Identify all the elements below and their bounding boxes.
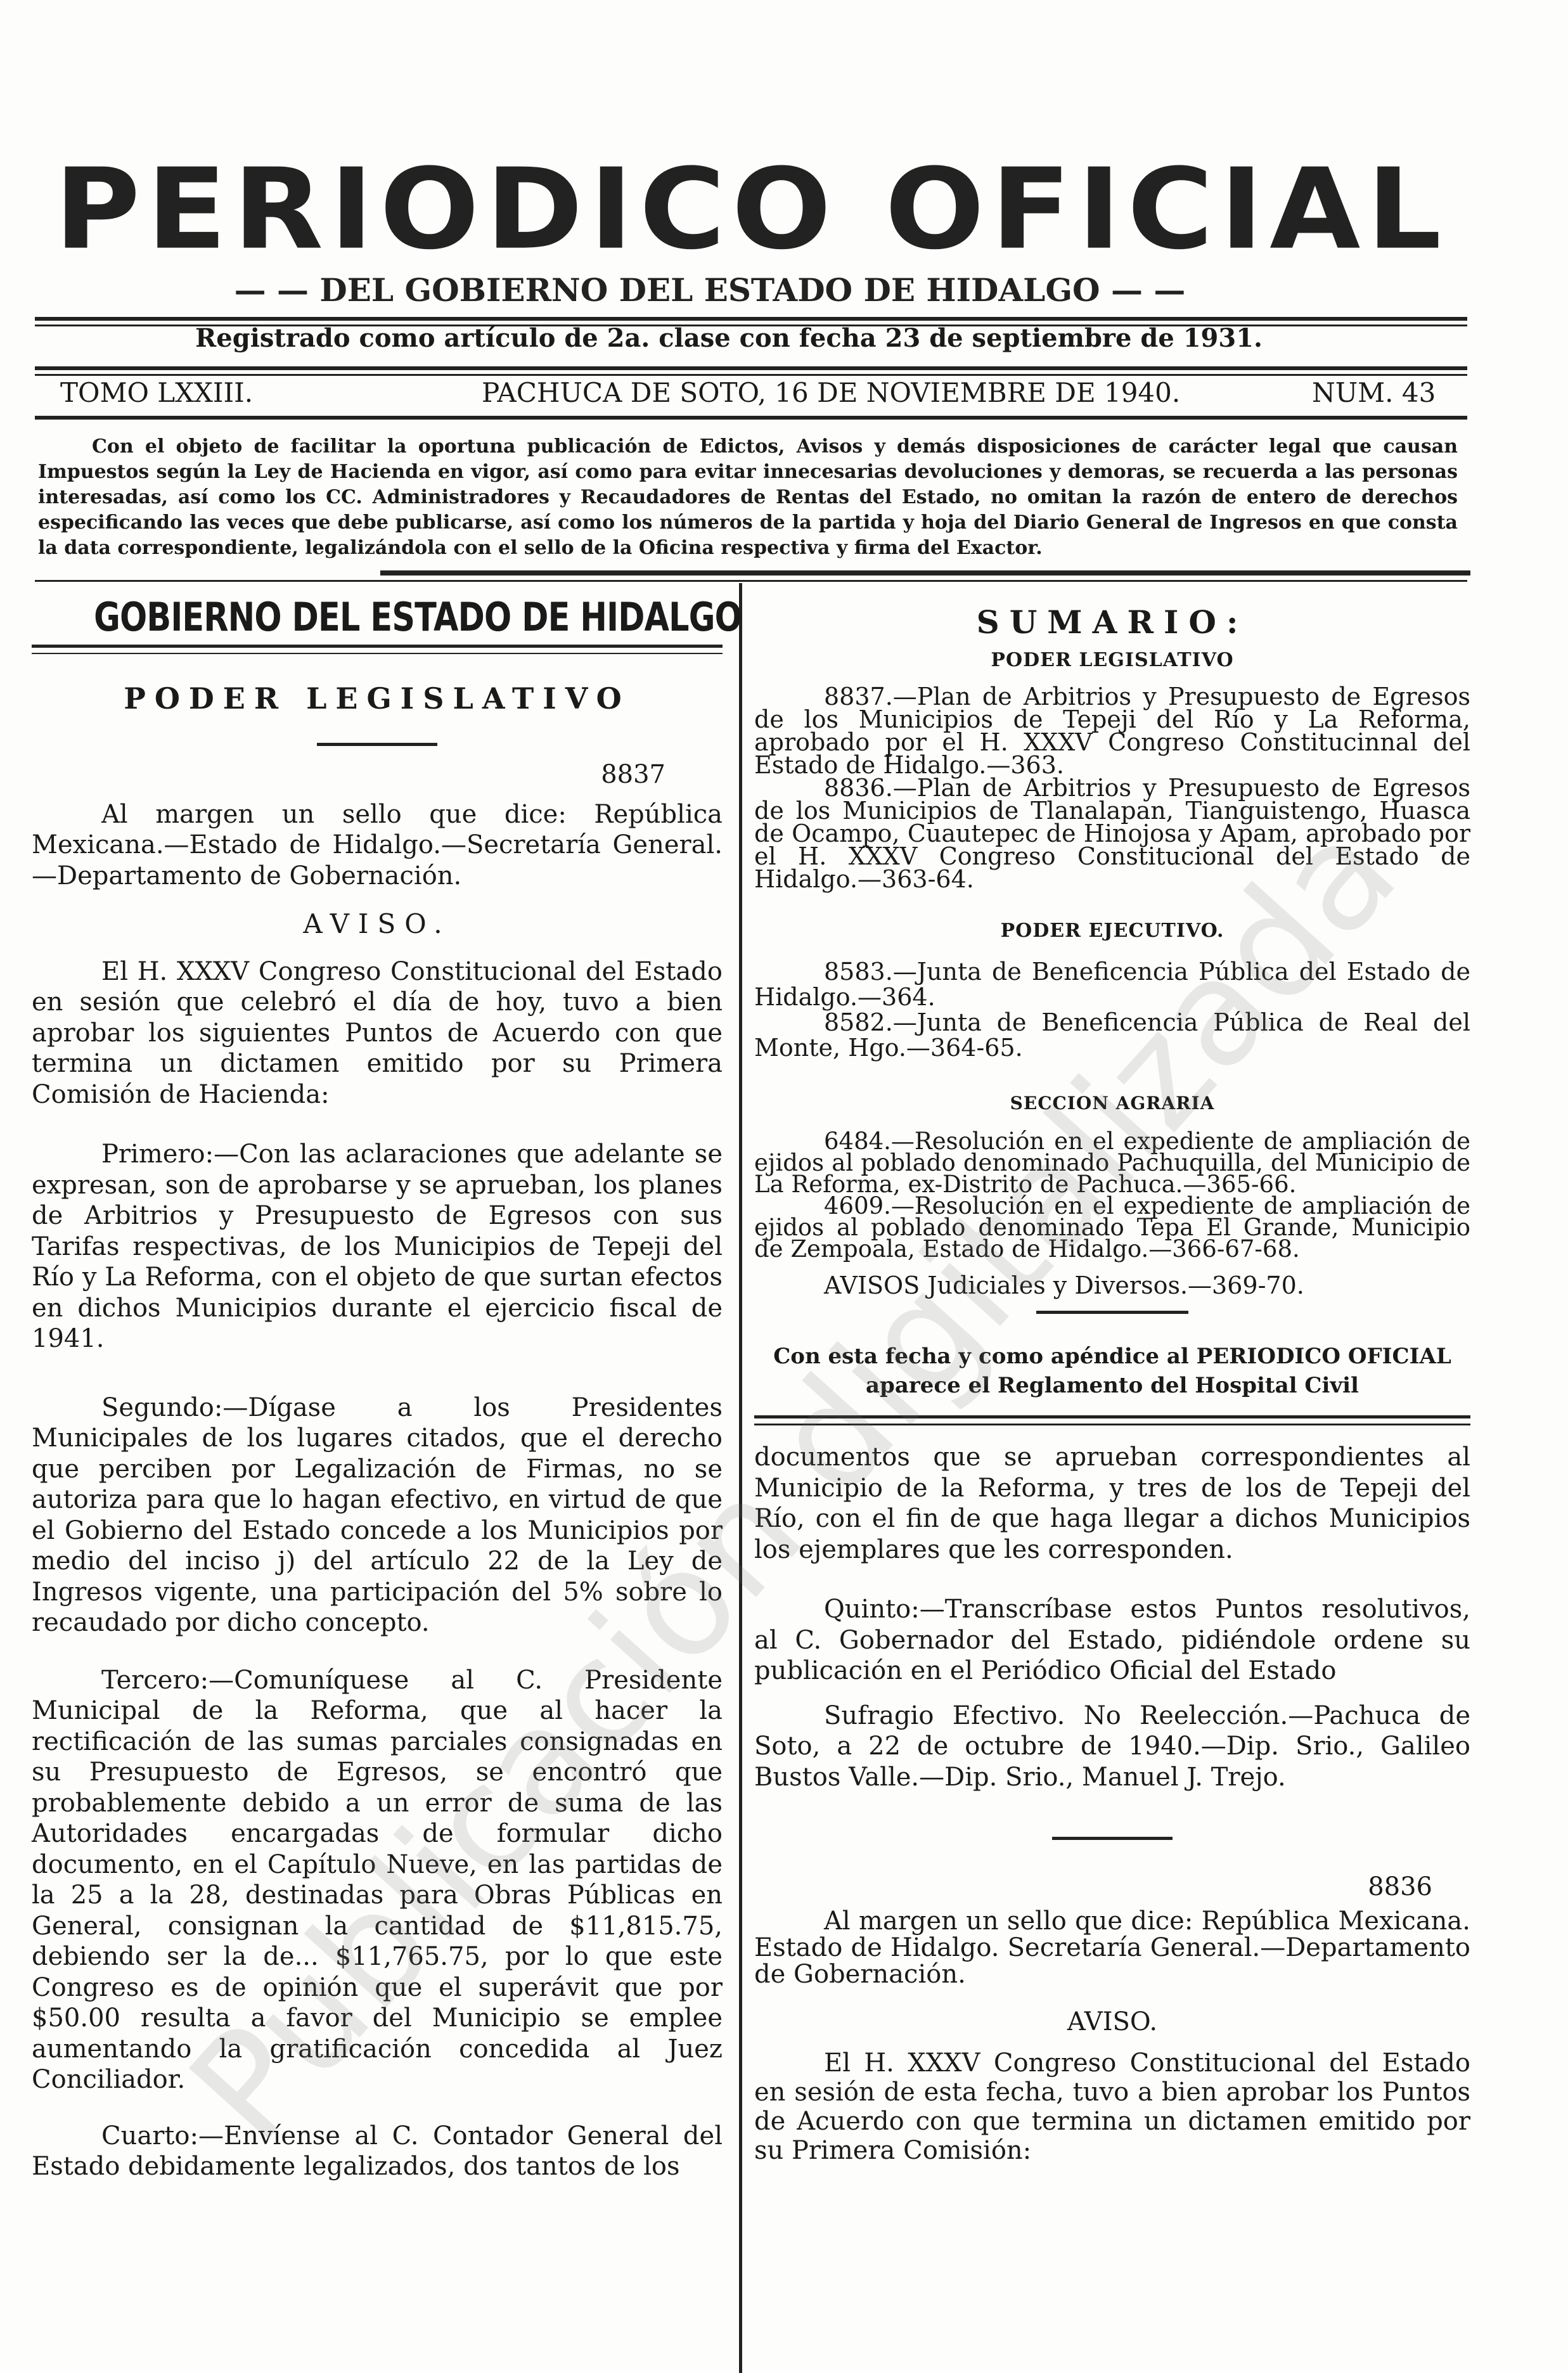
segundo-paragraph: Segundo:—Dígase a los Presidentes Munici… [32,1392,723,1638]
dateline: PACHUCA DE SOTO, 16 DE NOVIEMBRE DE 1940… [482,377,1180,408]
sumario-item: 8582.—Junta de Beneficencia Pública de R… [754,1010,1470,1060]
sumario-item: 8837.—Plan de Arbitrios y Presupuesto de… [754,685,1470,776]
divider-rule [35,580,1467,582]
quinto-paragraph: Quinto:—Transcríbase estos Puntos resolu… [754,1594,1470,1687]
sumario-item: 8583.—Junta de Beneficencia Pública del … [754,959,1470,1010]
left-column: GOBIERNO DEL ESTADO DE HIDALGO PODER LEG… [32,602,723,2182]
right-column: SUMARIO: PODER LEGISLATIVO 8837.—Plan de… [754,602,1470,2165]
sumario-section-heading: PODER EJECUTIVO. [754,916,1470,947]
seal-paragraph: Al margen un sello que dice: República M… [32,799,723,892]
sumario-section-heading: SECCION AGRARIA [754,1088,1470,1119]
newspaper-page: PERIODICO OFICIAL — — DEL GOBIERNO DEL E… [0,0,1568,2373]
document-number: 8837 [32,759,723,790]
masthead-subtitle: — — DEL GOBIERNO DEL ESTADO DE HIDALGO —… [215,271,1204,309]
short-rule [1036,1311,1188,1314]
sumario-title: SUMARIO: [754,602,1470,643]
sumario-item: 6484.—Resolución en el expediente de amp… [754,1131,1470,1195]
short-rule [1052,1837,1173,1840]
divider-rule [35,366,1467,370]
appendix-notice-line2: aparece el Reglamento del Hospital Civil [754,1371,1470,1400]
legal-notice: Con el objeto de facilitar la oportuna p… [38,434,1458,561]
column-divider [739,583,742,2373]
document-number-2: 8836 [754,1872,1470,1903]
divider-rule [35,374,1467,376]
avisos-line: AVISOS Judiciales y Diversos.—369-70. [754,1270,1470,1301]
intro-paragraph: El H. XXXV Congreso Constitucional del E… [32,956,723,1110]
divider-rule [35,317,1467,321]
appendix-notice-line1: Con esta fecha y como apéndice al PERIOD… [754,1342,1470,1371]
registration-line: Registrado como artículo de 2a. clase co… [190,323,1268,353]
short-rule [317,743,437,746]
divider-rule [35,416,1467,420]
seal-paragraph-2: Al margen un sello que dice: República M… [754,1908,1470,1988]
volume-label: TOMO LXXIII. [60,377,253,408]
title-rule [32,645,723,654]
government-title: GOBIERNO DEL ESTADO DE HIDALGO [94,602,660,633]
section-rule [754,1415,1470,1425]
divider-rule [380,570,1470,576]
aviso-heading: AVISO. [32,909,723,940]
cuarto-paragraph: Cuarto:—Envíense al C. Contador General … [32,2121,723,2182]
sumario-section-heading: PODER LEGISLATIVO [754,645,1470,676]
signature-paragraph: Sufragio Efectivo. No Reelección.—Pachuc… [754,1701,1470,1793]
tercero-paragraph: Tercero:—Comuníquese al C. Presidente Mu… [32,1665,723,2095]
intro-paragraph-2: El H. XXXV Congreso Constitucional del E… [754,2048,1470,2165]
issue-number: NUM. 43 [1312,377,1436,408]
section-heading: PODER LEGISLATIVO [32,679,723,717]
sumario-item: 4609.—Resolución en el expediente de amp… [754,1195,1470,1260]
primero-paragraph: Primero:—Con las aclaraciones que adelan… [32,1139,723,1354]
continuation-paragraph: documentos que se aprueban correspondien… [754,1442,1470,1565]
sumario-item: 8836.—Plan de Arbitrios y Presupuesto de… [754,776,1470,891]
masthead-title: PERIODICO OFICIAL [35,149,1467,269]
aviso-heading-2: AVISO. [754,2007,1470,2038]
